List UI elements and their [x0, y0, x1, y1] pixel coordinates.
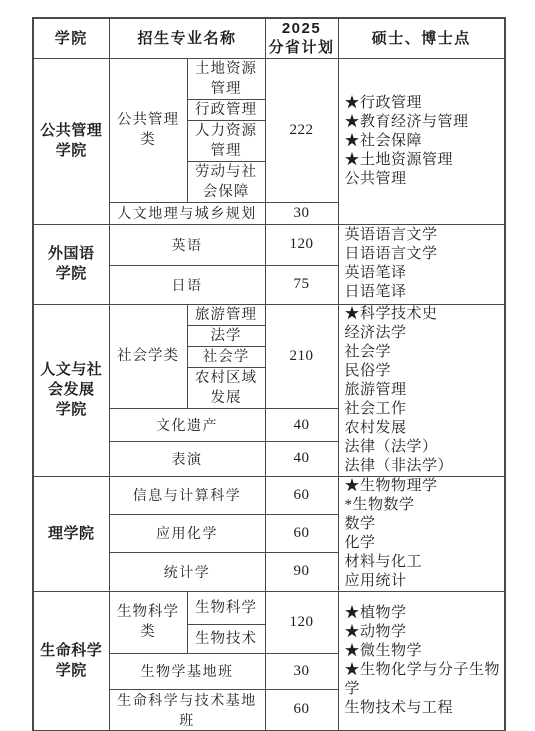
masters-list-cell: ★植物学 ★动物学 ★微生物学 ★生物化学与分子生物学 生物技术与工程 [338, 591, 505, 731]
plan-cell: 60 [265, 689, 338, 731]
header-masters: 硕士、博士点 [338, 18, 505, 58]
major-cell: 英语 [109, 224, 265, 265]
major-cell: 生命科学与技术基地班 [109, 689, 265, 731]
plan-cell: 30 [265, 653, 338, 689]
sub-major-cell: 人力资源 管理 [187, 120, 265, 161]
plan-cell: 222 [265, 58, 338, 202]
table-row: 人文与社 会发展 学院 社会学类 旅游管理 210 ★科学技术史 经济法学 社会… [33, 304, 505, 325]
college-cell: 生命科学 学院 [33, 591, 109, 731]
header-plan: 2025 分省计划 [265, 18, 338, 58]
sub-major-cell: 劳动与社 会保障 [187, 161, 265, 202]
plan-cell: 75 [265, 265, 338, 304]
masters-list-cell: ★行政管理 ★教育经济与管理 ★社会保障 ★土地资源管理 公共管理 [338, 58, 505, 224]
plan-cell: 120 [265, 591, 338, 653]
table-row: 生命科学 学院 生物科学类 生物科学 120 ★植物学 ★动物学 ★微生物学 ★… [33, 591, 505, 624]
major-group-cell: 生物科学类 [109, 591, 187, 653]
major-cell: 信息与计算科学 [109, 476, 265, 515]
sub-major-cell: 生物科学 [187, 591, 265, 624]
major-cell: 生物学基地班 [109, 653, 265, 689]
plan-cell: 40 [265, 409, 338, 442]
table-row: 外国语 学院 英语 120 英语语言文学 日语语言文学 英语笔译 日语笔译 [33, 224, 505, 265]
sub-major-cell: 社会学 [187, 346, 265, 367]
table-row: 公共管理 学院 公共管理类 土地资源 管理 222 ★行政管理 ★教育经济与管理… [33, 58, 505, 99]
plan-cell: 90 [265, 552, 338, 591]
masters-list-cell: 英语语言文学 日语语言文学 英语笔译 日语笔译 [338, 224, 505, 304]
major-cell: 人文地理与城乡规划 [109, 202, 265, 224]
plan-cell: 30 [265, 202, 338, 224]
sub-major-cell: 农村区域 发展 [187, 367, 265, 408]
header-college: 学院 [33, 18, 109, 58]
header-major: 招生专业名称 [109, 18, 265, 58]
sub-major-cell: 土地资源 管理 [187, 58, 265, 99]
sub-major-cell: 法学 [187, 325, 265, 346]
major-cell: 表演 [109, 442, 265, 476]
plan-cell: 120 [265, 224, 338, 265]
masters-list-cell: ★科学技术史 经济法学 社会学 民俗学 旅游管理 社会工作 农村发展 法律（法学… [338, 304, 505, 476]
plan-cell: 40 [265, 442, 338, 476]
major-cell: 文化遗产 [109, 409, 265, 442]
plan-cell: 210 [265, 304, 338, 409]
page: 学院 招生专业名称 2025 分省计划 硕士、博士点 公共管理 学院 公共管理类… [0, 0, 535, 731]
plan-cell: 60 [265, 476, 338, 515]
college-cell: 人文与社 会发展 学院 [33, 304, 109, 476]
table-row: 理学院 信息与计算科学 60 ★生物物理学 *生物数学 数学 化学 材料与化工 … [33, 476, 505, 515]
admission-table: 学院 招生专业名称 2025 分省计划 硕士、博士点 公共管理 学院 公共管理类… [32, 17, 506, 731]
major-cell: 统计学 [109, 552, 265, 591]
sub-major-cell: 旅游管理 [187, 304, 265, 325]
major-group-cell: 公共管理类 [109, 58, 187, 202]
header-row: 学院 招生专业名称 2025 分省计划 硕士、博士点 [33, 18, 505, 58]
plan-cell: 60 [265, 515, 338, 553]
college-cell: 公共管理 学院 [33, 58, 109, 224]
masters-list-cell: ★生物物理学 *生物数学 数学 化学 材料与化工 应用统计 [338, 476, 505, 591]
major-group-cell: 社会学类 [109, 304, 187, 409]
sub-major-cell: 生物技术 [187, 624, 265, 653]
sub-major-cell: 行政管理 [187, 99, 265, 120]
major-cell: 日语 [109, 265, 265, 304]
major-cell: 应用化学 [109, 515, 265, 553]
college-cell: 理学院 [33, 476, 109, 591]
college-cell: 外国语 学院 [33, 224, 109, 304]
